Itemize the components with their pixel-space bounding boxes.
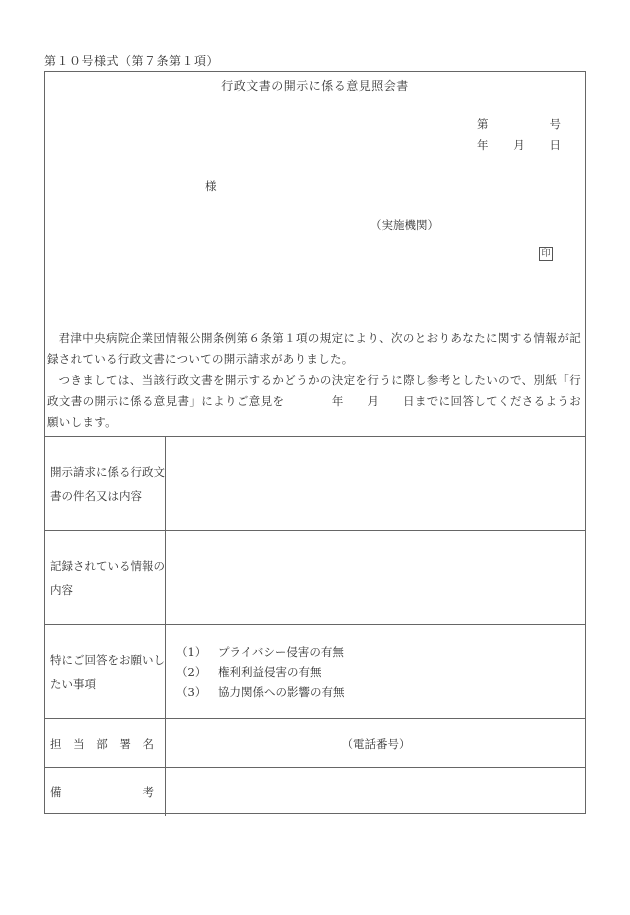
item-text: プライバシー侵害の有無: [218, 642, 344, 662]
row-label: 開示請求に係る行政文書の件名又は内容: [44, 437, 166, 531]
requested-items: （1）プライバシー侵害の有無 （2）権利利益侵害の有無 （3）協力関係への影響の…: [166, 625, 586, 719]
remarks-field[interactable]: [166, 768, 586, 816]
list-item: （2）権利利益侵害の有無: [176, 662, 345, 682]
form-number: 第１０号様式（第７条第１項）: [44, 52, 219, 69]
number-prefix: 第: [477, 116, 489, 137]
row-label: 担 当 部 署 名: [44, 719, 166, 768]
issuer-label: （実施機関）: [370, 217, 439, 233]
table-row-document-subject: 開示請求に係る行政文書の件名又は内容: [44, 436, 586, 531]
list-item: （1）プライバシー侵害の有無: [176, 642, 345, 662]
label-char: 考: [143, 780, 155, 804]
addressee-suffix: 様: [205, 178, 217, 194]
label-char: 当: [73, 732, 85, 756]
month-label: 月: [513, 137, 525, 158]
document-subject-field[interactable]: [166, 437, 586, 531]
department-field[interactable]: （電話番号）: [166, 719, 586, 768]
document-title: 行政文書の開示に係る意見照会書: [45, 77, 585, 94]
list-item: （3）協力関係への影響の有無: [176, 682, 345, 702]
table-row-recorded-info: 記録されている情報の内容: [44, 530, 586, 625]
item-number: （3）: [176, 682, 218, 702]
table-row-remarks: 備 考: [44, 767, 586, 816]
item-text: 権利利益侵害の有無: [218, 662, 322, 682]
details-table: 開示請求に係る行政文書の件名又は内容 記録されている情報の内容 特にご回答をお願…: [44, 436, 586, 814]
table-row-department: 担 当 部 署 名 （電話番号）: [44, 718, 586, 768]
form-frame: 行政文書の開示に係る意見照会書 第 号 年 月 日 様 （実施機関） 印 君津中…: [44, 71, 586, 814]
phone-number-label: （電話番号）: [166, 736, 586, 752]
item-number: （2）: [176, 662, 218, 682]
body-paragraph-2: つきましては、当該行政文書を開示するかどうかの決定を行うに際し参考としたいので、…: [47, 370, 581, 433]
recorded-info-field[interactable]: [166, 531, 586, 625]
row-label: 記録されている情報の内容: [44, 531, 166, 625]
document-number-block: 第 号 年 月 日: [477, 116, 561, 158]
label-char: 部: [96, 732, 108, 756]
label-char: 名: [143, 732, 155, 756]
label-char: 備: [50, 780, 62, 804]
row-label: 特にご回答をお願いしたい事項: [44, 625, 166, 719]
body-paragraph-1: 君津中央病院企業団情報公開条例第６条第１項の規定により、次のとおりあなたに関する…: [47, 328, 581, 370]
label-char: 署: [119, 732, 131, 756]
table-row-requested-items: 特にご回答をお願いしたい事項 （1）プライバシー侵害の有無 （2）権利利益侵害の…: [44, 624, 586, 719]
year-label: 年: [477, 137, 489, 158]
day-label: 日: [550, 137, 562, 158]
label-char: 担: [50, 732, 62, 756]
item-text: 協力関係への影響の有無: [218, 682, 345, 702]
number-suffix: 号: [550, 116, 562, 137]
row-label: 備 考: [44, 768, 166, 816]
item-number: （1）: [176, 642, 218, 662]
seal-icon: 印: [539, 247, 553, 261]
body-text: 君津中央病院企業団情報公開条例第６条第１項の規定により、次のとおりあなたに関する…: [47, 328, 581, 433]
